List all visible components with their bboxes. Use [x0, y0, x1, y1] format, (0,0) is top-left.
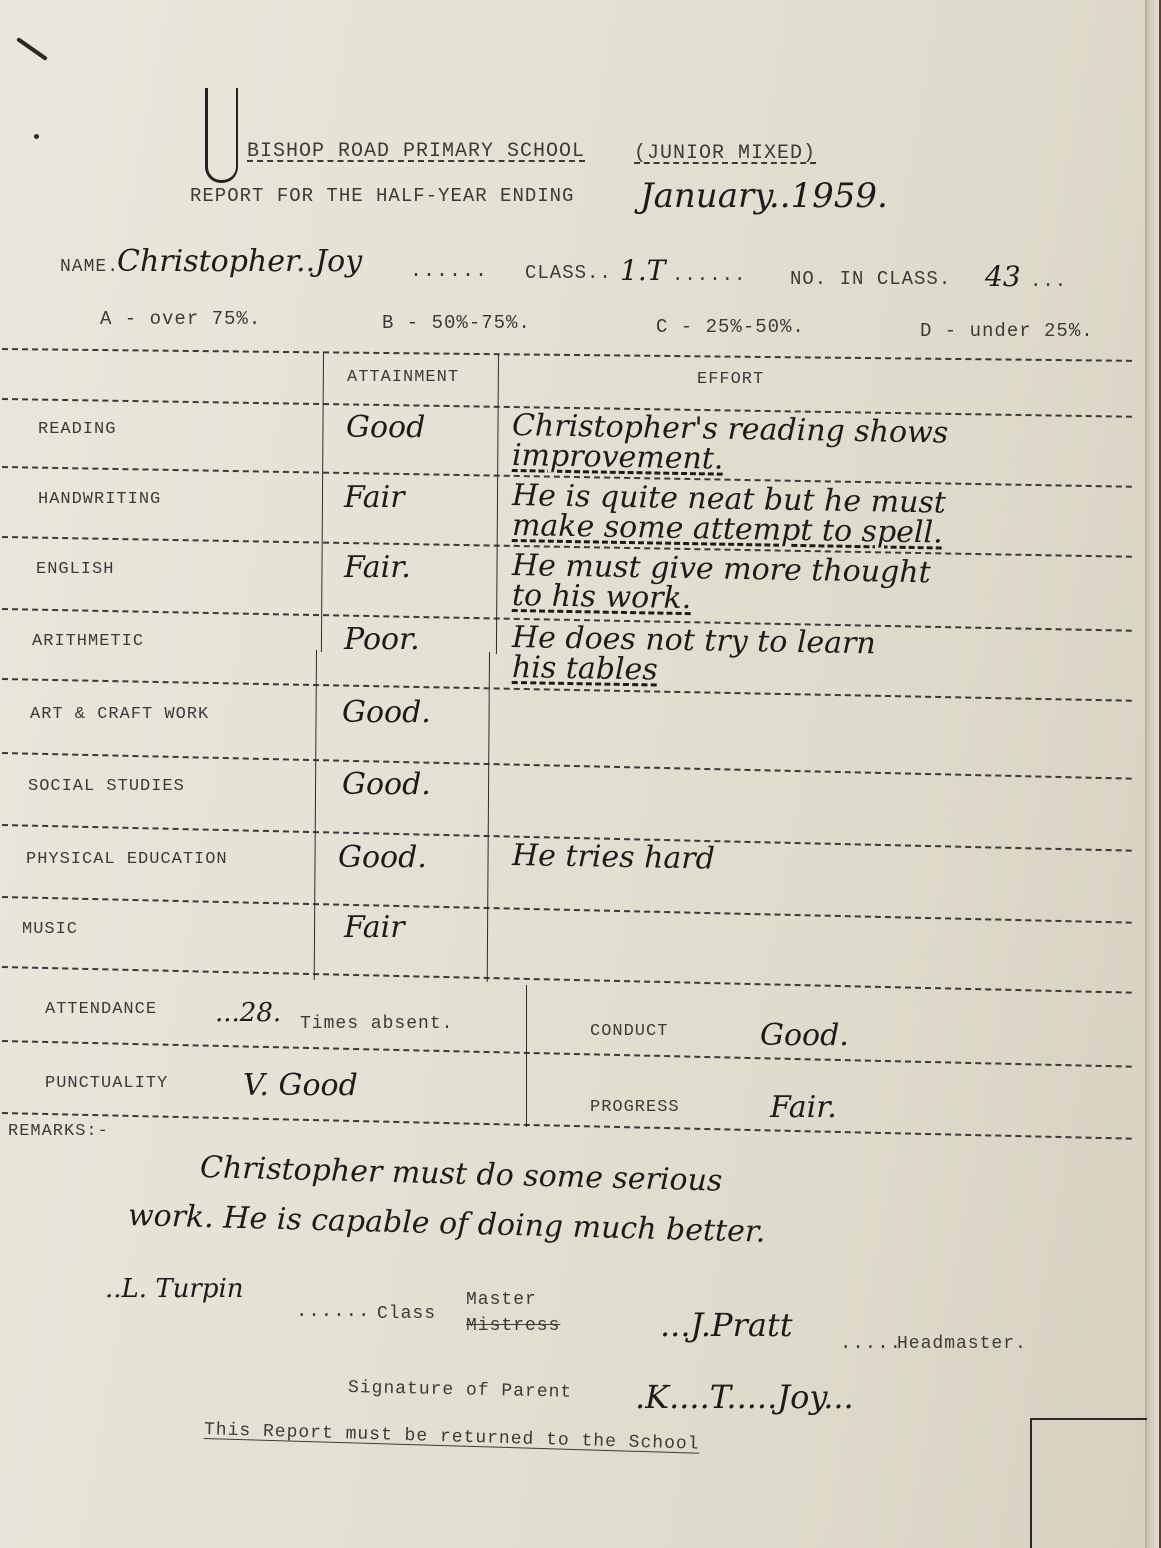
no-in-class-label: NO. IN CLASS.: [790, 268, 951, 290]
attainment-header: ATTAINMENT: [347, 368, 459, 387]
table-rule: [2, 896, 1132, 924]
staple-mark: [205, 88, 238, 183]
table-rule: [2, 1112, 1132, 1140]
punctuality-value: V. Good: [243, 1068, 358, 1103]
attendance-label: ATTENDANCE: [45, 1000, 157, 1019]
subject-label: SOCIAL STUDIES: [28, 777, 185, 796]
no-in-class-value: 43: [985, 260, 1021, 293]
subject-label: MUSIC: [22, 920, 78, 939]
punctuality-label: PUNCTUALITY: [45, 1074, 168, 1093]
class-teacher-signature: ..L. Turpin: [105, 1274, 244, 1304]
headmaster-dots: .....: [840, 1332, 902, 1354]
attainment-column-divider: [314, 650, 317, 980]
summary-column-divider: [526, 985, 527, 1127]
effort-column-divider: [487, 652, 490, 982]
grade-key-c: C - 25%-50%.: [656, 316, 805, 338]
name-label: NAME.: [60, 257, 119, 277]
effort-comment-line: improvement.: [512, 438, 724, 477]
remarks-line-2: work. He is capable of doing much better…: [128, 1198, 766, 1250]
student-name: Christopher..Joy: [117, 244, 362, 279]
grade-key-a: A - over 75%.: [100, 308, 261, 330]
hole-punch-mark: [34, 134, 39, 139]
attainment-value: Fair.: [344, 550, 411, 585]
effort-comment-line: to his work.: [512, 578, 692, 616]
conduct-value: Good.: [760, 1018, 849, 1053]
effort-comment-line: his tables: [512, 650, 658, 688]
class-label: CLASS..: [525, 262, 612, 284]
effort-column-divider: [496, 354, 499, 654]
report-period-value: January..1959.: [640, 176, 888, 216]
subject-label: ENGLISH: [36, 560, 114, 579]
grade-key-b: B - 50%-75%.: [382, 312, 531, 334]
attainment-value: Good: [346, 410, 425, 445]
parent-signature: .K....T.....Joy...: [635, 1378, 854, 1416]
attainment-value: Good.: [338, 840, 427, 875]
grade-key-d: D - under 25%.: [920, 320, 1094, 342]
class-label: Class: [377, 1304, 436, 1324]
table-rule: [2, 348, 1132, 362]
report-card-paper: BISHOP ROAD PRIMARY SCHOOL (JUNIOR MIXED…: [0, 0, 1145, 1548]
class-role-master: Master: [466, 1290, 537, 1310]
attainment-value: Fair: [344, 910, 405, 945]
school-section: (JUNIOR MIXED): [634, 142, 816, 165]
attendance-suffix: Times absent.: [300, 1014, 453, 1034]
attendance-value: ...28.: [215, 998, 281, 1028]
remarks-line-1: Christopher must do some serious: [200, 1150, 723, 1199]
no-in-class-dots: ...: [1030, 270, 1067, 292]
class-role-mistress-struck: Mistress: [466, 1316, 560, 1336]
headmaster-label: Headmaster.: [897, 1334, 1027, 1354]
attainment-value: Good.: [342, 695, 431, 730]
progress-value: Fair.: [770, 1090, 837, 1125]
subject-label: ART & CRAFT WORK: [30, 705, 209, 724]
stray-pen-mark: [16, 37, 48, 61]
name-dots: ......: [410, 260, 488, 283]
attainment-value: Poor.: [344, 622, 420, 657]
report-period-label: REPORT FOR THE HALF-YEAR ENDING: [190, 185, 574, 207]
table-rule: [2, 966, 1132, 994]
effort-comment-line: He tries hard: [512, 838, 715, 877]
subject-label: ARITHMETIC: [32, 632, 144, 651]
table-rule: [2, 1040, 1132, 1068]
attainment-value: Fair: [344, 480, 405, 515]
remarks-label: REMARKS:-: [8, 1122, 109, 1141]
return-notice: This Report must be returned to the Scho…: [204, 1420, 700, 1455]
attainment-value: Good.: [342, 767, 431, 802]
subject-label: READING: [38, 420, 116, 439]
school-name: BISHOP ROAD PRIMARY SCHOOL: [247, 140, 585, 163]
table-rule: [2, 752, 1132, 780]
class-value: 1.T: [620, 254, 665, 287]
conduct-label: CONDUCT: [590, 1022, 668, 1041]
class-dots: ......: [672, 264, 746, 286]
torn-corner-edge: [1030, 1418, 1147, 1548]
effort-comment-line: make some attempt to spell.: [512, 508, 943, 551]
effort-header: EFFORT: [697, 370, 764, 389]
parent-signature-label: Signature of Parent: [348, 1378, 573, 1403]
attainment-column-divider: [321, 352, 324, 652]
class-teacher-dots: ......: [296, 1300, 370, 1322]
headmaster-signature: ...J.Pratt: [660, 1306, 793, 1344]
subject-label: HANDWRITING: [38, 490, 161, 509]
progress-label: PROGRESS: [590, 1098, 680, 1117]
subject-label: PHYSICAL EDUCATION: [26, 850, 228, 869]
